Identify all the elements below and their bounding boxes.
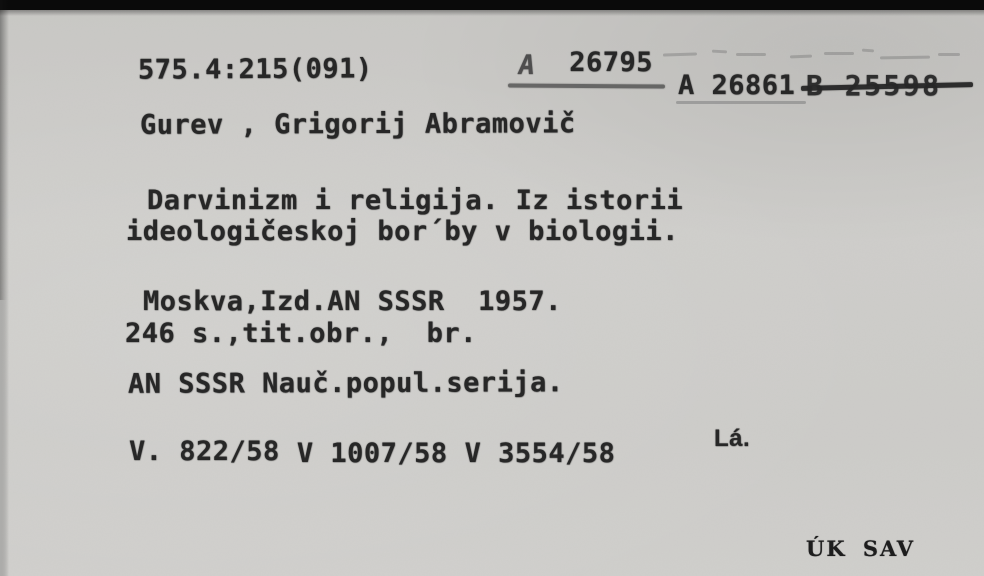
scan-left-edge-fade — [0, 300, 9, 576]
call-number-primary: A 26795 — [519, 47, 653, 78]
call-number-cancelled: B 25598 — [806, 69, 942, 102]
imprint-line: Moskva,Izd.AN SSSR 1957. — [143, 286, 562, 317]
scan-top-edge — [0, 0, 984, 10]
author-heading: Gurev , Grigorij Abramovič — [140, 108, 576, 141]
erased-pencil-mark — [938, 53, 960, 56]
cataloguer-initials: Lá. — [714, 425, 750, 453]
accession-number-3: V 3554/58 — [465, 438, 616, 469]
series-line: AN SSSR Nauč.popul.serija. — [128, 367, 564, 400]
title-line-2: ideologičeskoj bor´by v biologii. — [126, 216, 679, 247]
erased-pencil-mark — [736, 53, 766, 56]
call-number-secondary: A 26861 — [678, 70, 795, 101]
call-number-primary-prefix: A — [516, 50, 538, 81]
erased-pencil-mark — [862, 49, 874, 53]
library-catalog-card: 575.4:215(091) A 26795 A 26861 B 25598 G… — [0, 0, 984, 576]
call-number-primary-number: 26795 — [569, 47, 653, 78]
collation-line: 246 s.,tit.obr., br. — [125, 318, 477, 349]
erased-pencil-mark — [712, 50, 727, 54]
accession-number-1: V. 822/58 — [129, 436, 280, 467]
erased-pencil-mark — [790, 55, 812, 59]
scan-top-edge-shadow — [0, 10, 984, 16]
classification-number: 575.4:215(091) — [138, 53, 373, 85]
erased-pencil-mark — [880, 56, 930, 60]
erased-pencil-mark — [824, 52, 854, 55]
title-line-1: Darvinizm i religija. Iz istorii — [147, 185, 683, 216]
library-stamp: ÚK SAV — [806, 536, 915, 561]
accession-number-2: V 1007/58 — [297, 438, 448, 469]
call-number-primary-underline — [508, 83, 665, 88]
call-number-secondary-underline — [676, 101, 806, 104]
accession-numbers: V. 822/58V 1007/58V 3554/58 — [129, 436, 615, 467]
erased-pencil-mark — [663, 52, 697, 56]
